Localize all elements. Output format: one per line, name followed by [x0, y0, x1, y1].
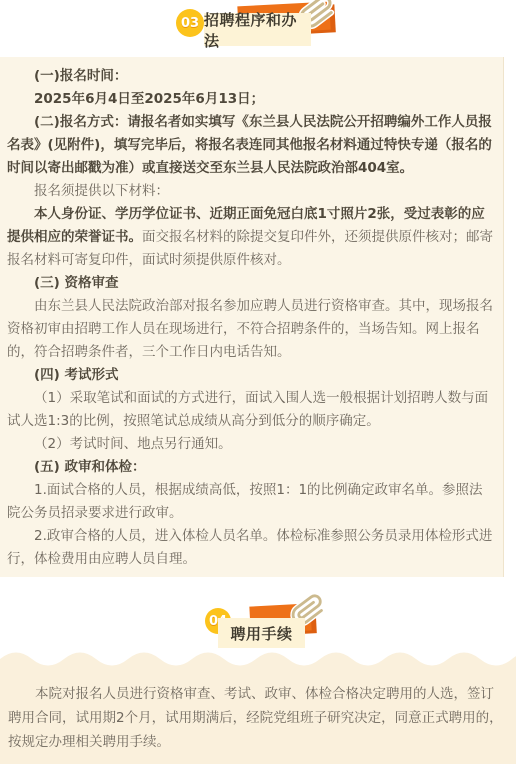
para-signup-time-heading: (一)报名时间：: [7, 65, 493, 88]
procedures-panel: (一)报名时间： 2025年6月4日至2025年6月13日； (二)报名方式：请…: [0, 57, 504, 577]
article-page: 03 招聘程序和办法 (一)报名时间： 2025年6月4日至2025年6月13日…: [0, 0, 516, 764]
para-signup-dates: 2025年6月4日至2025年6月13日；: [7, 88, 493, 111]
para-check-1: 1.面试合格的人员，根据成绩高低，按照1：1的比例确定政审名单。参照法院公务员招…: [7, 479, 493, 525]
section-header-procedures: 03 招聘程序和办法: [0, 0, 516, 60]
hiring-section: 本院对报名人员进行资格审查、考试、政审、体检合格决定聘用的人选，签订聘用合同，试…: [0, 650, 516, 764]
para-materials-intro: 报名须提供以下材料：: [7, 180, 493, 203]
para-check-heading: (五) 政审和体检：: [7, 456, 493, 479]
section-header-hiring: 04 聘用手续: [0, 597, 516, 657]
section-title: 招聘程序和办法: [204, 13, 311, 46]
para-qualification-text: 由东兰县人民法院政治部对报名参加应聘人员进行资格审查。其中，现场报名资格初审由招…: [7, 295, 493, 364]
para-materials: 本人身份证、学历学位证书、近期正面免冠白底1寸照片2张，受过表彰的应提供相应的荣…: [7, 203, 493, 272]
hiring-body: 本院对报名人员进行资格审查、考试、政审、体检合格决定聘用的人选，签订聘用合同，试…: [0, 666, 516, 764]
para-exam-heading: (四) 考试形式: [7, 364, 493, 387]
section-title: 聘用手续: [218, 618, 305, 648]
para-exam-2: （2）考试时间、地点另行通知。: [7, 433, 493, 456]
para-signup-method: (二)报名方式：请报名者如实填写《东兰县人民法院公开招聘编外工作人员报名表》(见…: [7, 111, 493, 180]
para-qualification-heading: (三) 资格审查: [7, 272, 493, 295]
para-exam-1: （1）采取笔试和面试的方式进行，面试入围人选一般根据计划招聘人数与面试人选1:3…: [7, 387, 493, 433]
para-check-2: 2.政审合格的人员，进入体检人员名单。体检标准参照公务员录用体检形式进行，体检费…: [7, 525, 493, 571]
section-number-badge: 03: [176, 9, 204, 37]
para-hiring: 本院对报名人员进行资格审查、考试、政审、体检合格决定聘用的人选，签订聘用合同，试…: [8, 682, 507, 754]
signup-method-label: (二)报名方式：: [34, 114, 127, 130]
